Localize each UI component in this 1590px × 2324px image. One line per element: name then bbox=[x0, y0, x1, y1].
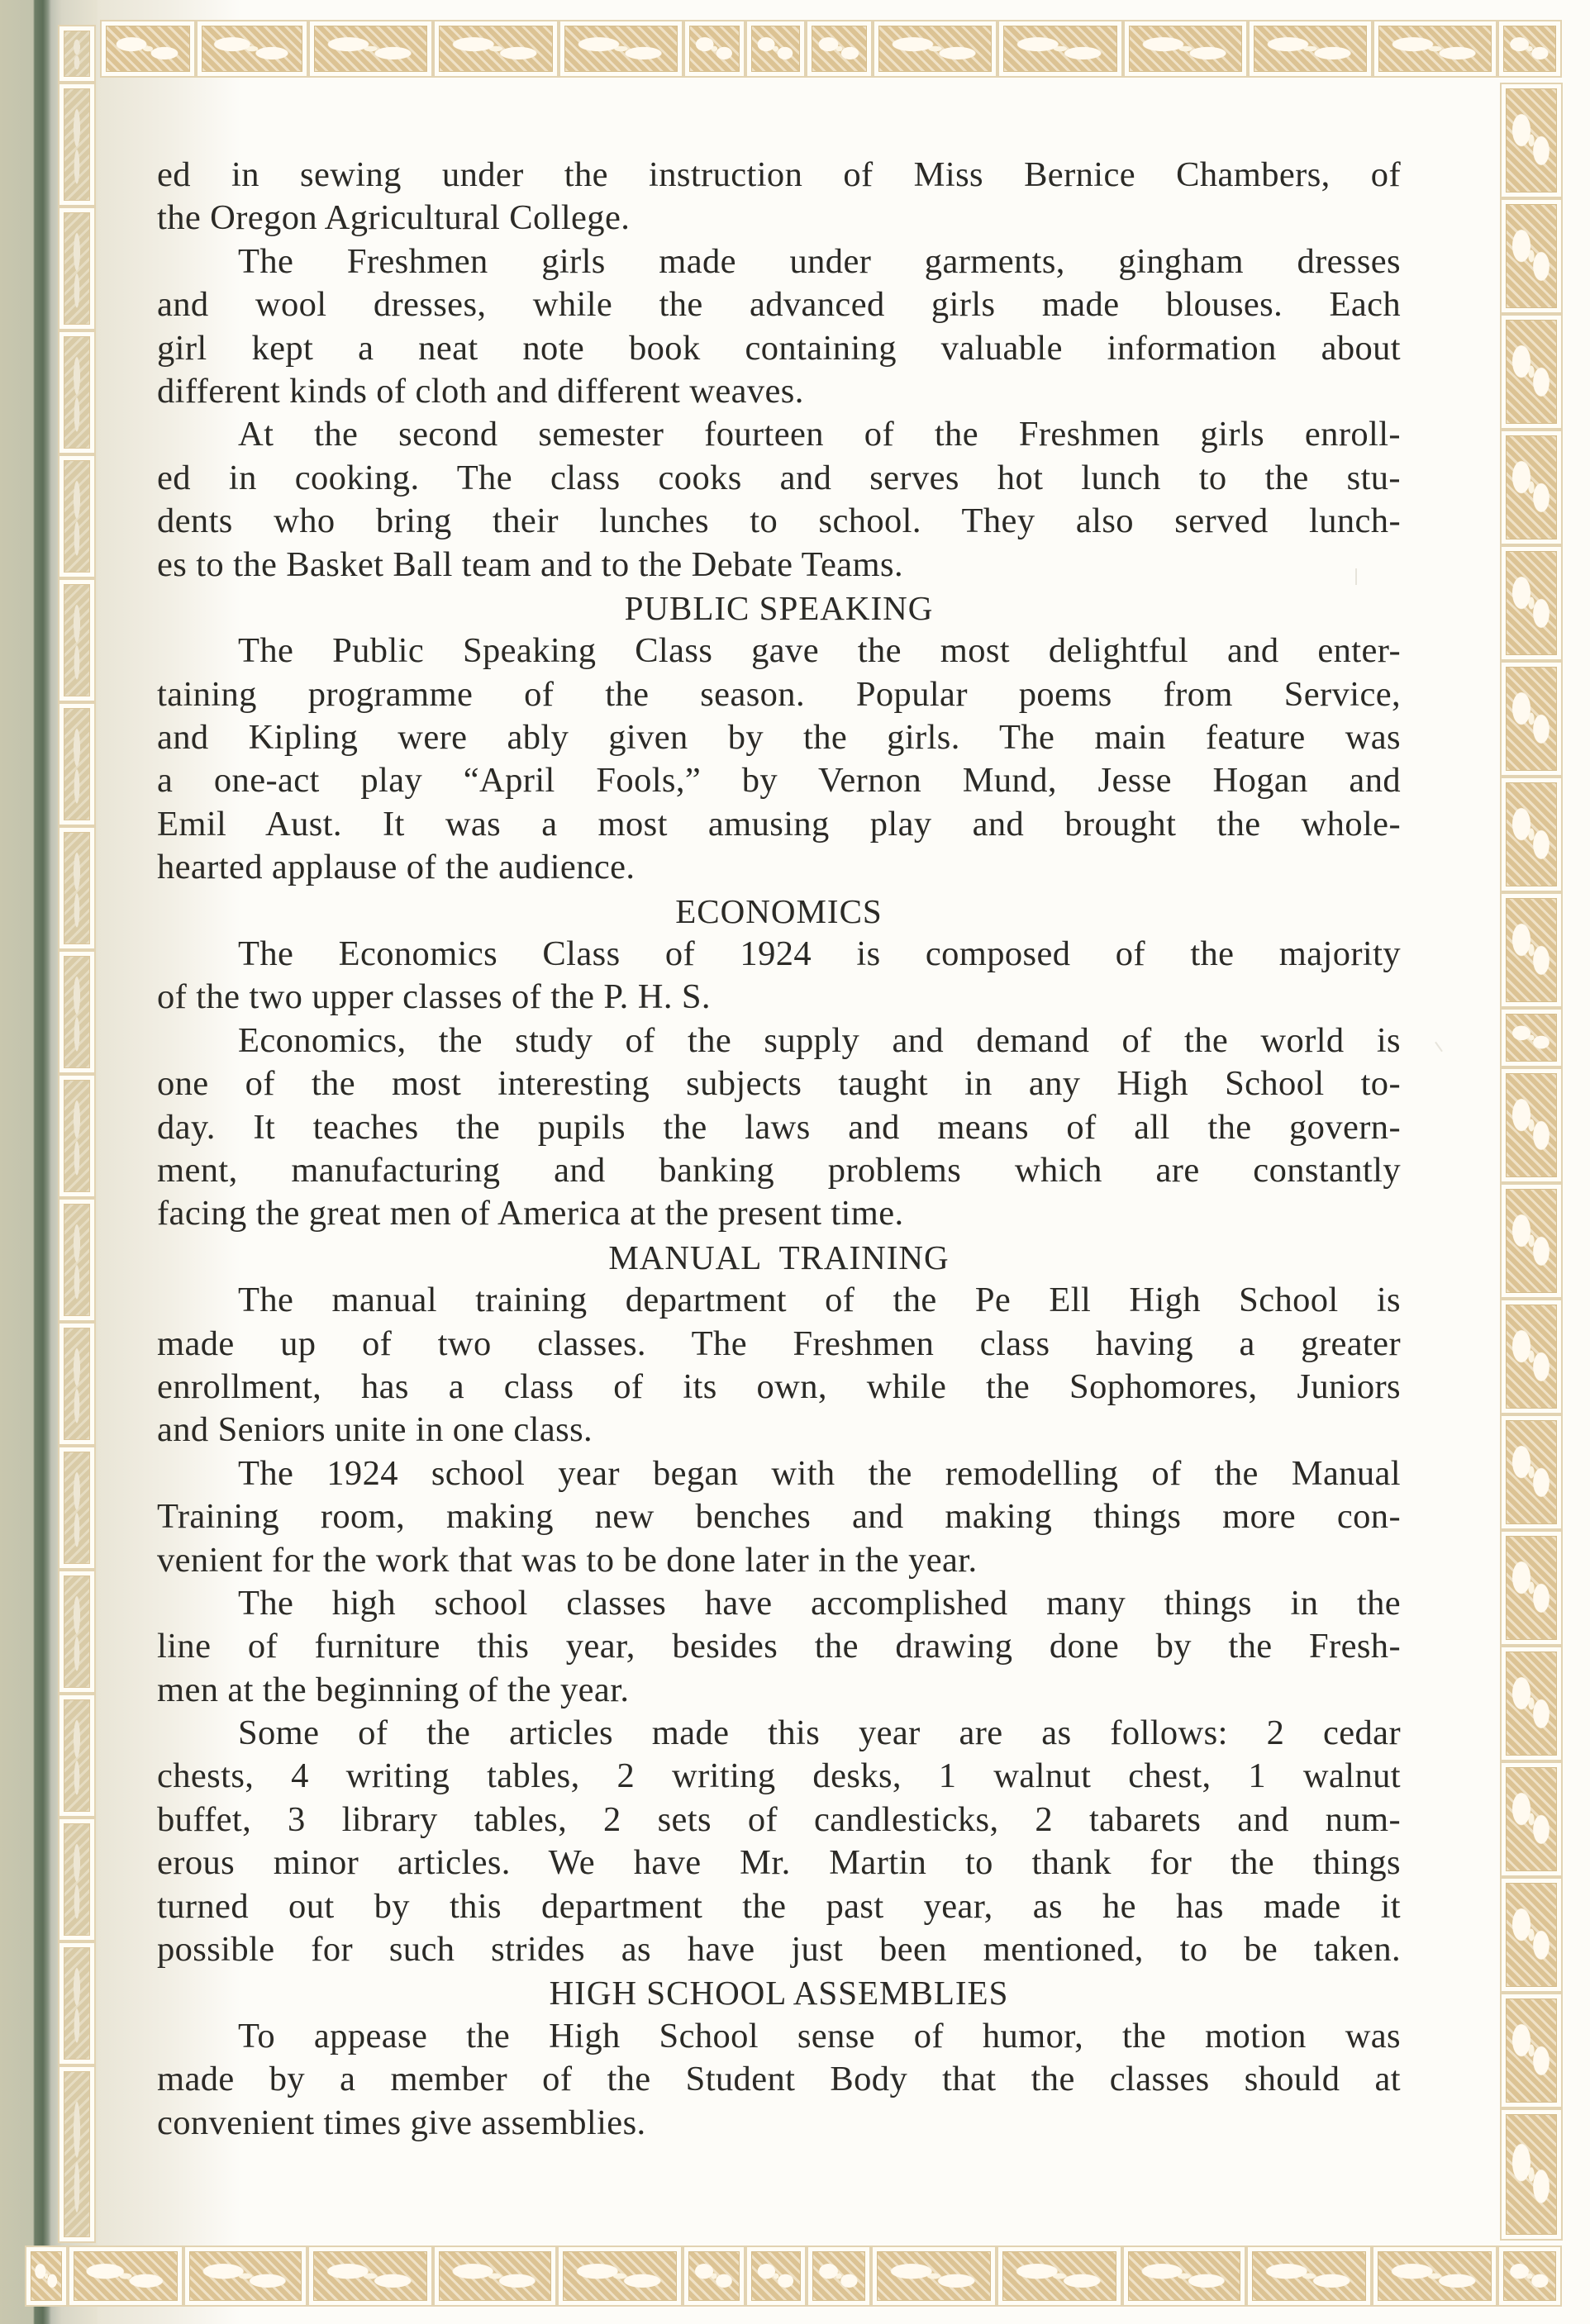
text-line: men at the beginning of the year. bbox=[157, 1669, 1401, 1712]
scrollwork-pattern-icon bbox=[688, 2251, 740, 2301]
ornament-tile-icon bbox=[58, 2065, 96, 2243]
text-line: The high school classes have accomplishe… bbox=[157, 1582, 1401, 1625]
ornament-tile-icon bbox=[1500, 1299, 1563, 1414]
text-line: ment, manufacturing and banking problems… bbox=[157, 1149, 1401, 1192]
ornament-tile-icon bbox=[58, 25, 96, 83]
text-line: possible for such strides as have just b… bbox=[157, 1928, 1401, 1971]
scrollwork-pattern-icon bbox=[1506, 1305, 1557, 1409]
ornament-tile-icon bbox=[58, 578, 96, 702]
scrollwork-pattern-icon bbox=[1128, 2251, 1240, 2301]
ornament-tile-icon bbox=[308, 20, 433, 78]
scrollwork-pattern-icon bbox=[314, 26, 427, 72]
ornament-tile-icon bbox=[745, 2246, 807, 2307]
ornament-tile-icon bbox=[1500, 1877, 1563, 1993]
ornament-tile-icon bbox=[1500, 1067, 1563, 1183]
ornament-tile-icon bbox=[58, 826, 96, 950]
text-line: girl kept a neat note book containing va… bbox=[157, 327, 1401, 370]
ornament-tile-icon bbox=[1500, 1646, 1563, 1761]
ornament-tile-icon bbox=[807, 2246, 871, 2307]
text-line: turned out by this department the past y… bbox=[157, 1885, 1401, 1928]
text-line: convenient times give assemblies. bbox=[157, 2102, 1401, 2145]
text-line: facing the great men of America at the p… bbox=[157, 1192, 1401, 1235]
scrollwork-pattern-icon bbox=[64, 832, 90, 944]
ornament-tile-icon bbox=[1500, 198, 1563, 314]
scrollwork-pattern-icon bbox=[1506, 898, 1557, 1002]
scrollwork-pattern-icon bbox=[64, 1823, 90, 1936]
ornament-tile-icon bbox=[58, 454, 96, 578]
scrollwork-pattern-icon bbox=[64, 1947, 90, 2060]
scrollwork-pattern-icon bbox=[1503, 2251, 1556, 2301]
economics-paragraphs: The Economics Class of 1924 is composed … bbox=[157, 933, 1401, 1236]
scrollwork-pattern-icon bbox=[64, 88, 90, 201]
scrollwork-pattern-icon bbox=[64, 31, 90, 77]
scrollwork-pattern-icon bbox=[1506, 88, 1557, 192]
text-line: es to the Basket Ball team and to the De… bbox=[157, 544, 1401, 587]
scrollwork-pattern-icon bbox=[1506, 1014, 1557, 1062]
text-line: The manual training department of the Pe… bbox=[157, 1279, 1401, 1322]
section-public-speaking: PUBLIC SPEAKING The Public Speaking Clas… bbox=[157, 587, 1401, 890]
ornament-tile-icon bbox=[58, 1198, 96, 1322]
scrollwork-pattern-icon bbox=[878, 26, 992, 72]
scrollwork-pattern-icon bbox=[64, 1328, 90, 1440]
scrollwork-pattern-icon bbox=[64, 460, 90, 573]
scrollwork-pattern-icon bbox=[74, 2251, 178, 2301]
ornament-tile-icon bbox=[1500, 1414, 1563, 1530]
scrollwork-pattern-icon bbox=[1254, 26, 1367, 72]
ornament-tile-icon bbox=[58, 330, 96, 454]
ornament-tile-icon bbox=[1500, 1183, 1563, 1299]
text-line: made by a member of the Student Body tha… bbox=[157, 2058, 1401, 2101]
scrollwork-pattern-icon bbox=[1506, 1767, 1557, 1871]
ornament-tile-icon bbox=[1500, 1993, 1563, 2108]
ornament-tile-icon bbox=[1500, 1008, 1563, 1067]
ornament-tile-icon bbox=[745, 20, 806, 78]
scrollwork-pattern-icon bbox=[64, 956, 90, 1068]
ornament-tile-icon bbox=[307, 2246, 433, 2307]
scrollwork-pattern-icon bbox=[1002, 2251, 1116, 2301]
section-economics: ECONOMICS The Economics Class of 1924 is… bbox=[157, 890, 1401, 1236]
ornament-tile-icon bbox=[1497, 20, 1562, 78]
scrollwork-pattern-icon bbox=[751, 26, 800, 72]
public-speaking-paragraphs: The Public Speaking Class gave the most … bbox=[157, 630, 1401, 889]
text-line: The Public Speaking Class gave the most … bbox=[157, 630, 1401, 672]
ornament-tile-icon bbox=[871, 2246, 997, 2307]
ornament-tile-icon bbox=[58, 1941, 96, 2065]
ornament-tile-icon bbox=[873, 20, 997, 78]
ornament-tile-icon bbox=[1122, 2246, 1246, 2307]
scrollwork-pattern-icon bbox=[64, 1204, 90, 1316]
scrollwork-pattern-icon bbox=[689, 26, 740, 72]
scrollwork-pattern-icon bbox=[877, 2251, 991, 2301]
section-heading-economics: ECONOMICS bbox=[157, 890, 1401, 933]
ornament-tile-icon bbox=[1123, 20, 1248, 78]
text-line: line of furniture this year, besides the… bbox=[157, 1625, 1401, 1668]
scrollwork-pattern-icon bbox=[1506, 1536, 1557, 1640]
scrollwork-pattern-icon bbox=[1129, 26, 1242, 72]
ornament-tile-icon bbox=[683, 20, 745, 78]
text-line: The 1924 school year began with the remo… bbox=[157, 1452, 1401, 1495]
ornament-tile-icon bbox=[1500, 661, 1563, 777]
ornament-tile-icon bbox=[183, 2246, 307, 2307]
text-line: ed in sewing under the instruction of Mi… bbox=[157, 154, 1401, 197]
ornament-tile-icon bbox=[997, 2246, 1122, 2307]
ornament-tile-icon bbox=[1497, 2246, 1562, 2307]
scrollwork-pattern-icon bbox=[1506, 320, 1557, 424]
scrollwork-pattern-icon bbox=[64, 584, 90, 696]
ornament-tile-icon bbox=[557, 2246, 683, 2307]
ornament-tile-icon bbox=[1248, 20, 1373, 78]
text-line: a one-act play “April Fools,” by Vernon … bbox=[157, 759, 1401, 802]
scrollwork-pattern-icon bbox=[64, 2071, 90, 2237]
text-line: and wool dresses, while the advanced gir… bbox=[157, 283, 1401, 326]
ornament-tile-icon bbox=[58, 1694, 96, 1818]
scrollwork-pattern-icon bbox=[106, 26, 190, 72]
scrollwork-pattern-icon bbox=[439, 26, 553, 72]
text-line: of the two upper classes of the P. H. S. bbox=[157, 976, 1401, 1019]
scrollwork-pattern-icon bbox=[189, 2251, 302, 2301]
text-line: and Kipling were ably given by the girls… bbox=[157, 716, 1401, 759]
scrollwork-pattern-icon bbox=[1506, 1998, 1557, 2103]
ornament-tile-icon bbox=[559, 20, 683, 78]
scrollwork-pattern-icon bbox=[1506, 1189, 1557, 1293]
text-line: chests, 4 writing tables, 2 writing desk… bbox=[157, 1755, 1401, 1798]
scrollwork-pattern-icon bbox=[439, 2251, 551, 2301]
ornament-tile-icon bbox=[25, 2246, 68, 2307]
scrollwork-pattern-icon bbox=[64, 336, 90, 449]
scrollwork-pattern-icon bbox=[1506, 551, 1557, 655]
scrollwork-pattern-icon bbox=[64, 708, 90, 820]
scrollwork-pattern-icon bbox=[1506, 1652, 1557, 1756]
ornament-tile-icon bbox=[58, 207, 96, 330]
ornament-tile-icon bbox=[1500, 2108, 1563, 2241]
ornament-tile-icon bbox=[1500, 1530, 1563, 1646]
scrollwork-pattern-icon bbox=[1252, 2251, 1366, 2301]
section-manual-training: MANUAL TRAINING The manual training depa… bbox=[157, 1236, 1401, 1972]
text-line: enrollment, has a class of its own, whil… bbox=[157, 1366, 1401, 1409]
scrollwork-pattern-icon bbox=[1506, 2114, 1557, 2235]
scrollwork-pattern-icon bbox=[202, 26, 302, 72]
text-line: To appease the High School sense of humo… bbox=[157, 2015, 1401, 2058]
scrollwork-pattern-icon bbox=[64, 1080, 90, 1192]
section-heading-high-school-assemblies: HIGH SCHOOL ASSEMBLIES bbox=[157, 1971, 1401, 2014]
ornament-tile-icon bbox=[806, 20, 873, 78]
text-line: different kinds of cloth and different w… bbox=[157, 370, 1401, 413]
text-line: one of the most interesting subjects tau… bbox=[157, 1062, 1401, 1105]
section-heading-public-speaking: PUBLIC SPEAKING bbox=[157, 587, 1401, 630]
text-line: At the second semester fourteen of the F… bbox=[157, 413, 1401, 456]
ornament-tile-icon bbox=[100, 20, 196, 78]
ornament-tile-icon bbox=[1500, 1761, 1563, 1877]
text-line: The Economics Class of 1924 is composed … bbox=[157, 933, 1401, 976]
scrollwork-pattern-icon bbox=[1003, 26, 1117, 72]
ornament-tile-icon bbox=[1500, 777, 1563, 892]
scrollwork-pattern-icon bbox=[1506, 435, 1557, 539]
text-line: taining programme of the season. Popular… bbox=[157, 673, 1401, 716]
ornament-tile-icon bbox=[58, 1322, 96, 1446]
ornament-tile-icon bbox=[58, 1570, 96, 1694]
text-line: made up of two classes. The Freshmen cla… bbox=[157, 1323, 1401, 1366]
ornament-tile-icon bbox=[1500, 83, 1563, 198]
ornament-tile-icon bbox=[997, 20, 1123, 78]
text-line: the Oregon Agricultural College. bbox=[157, 197, 1401, 240]
document-body: ed in sewing under the instruction of Mi… bbox=[157, 154, 1401, 2145]
scrollwork-pattern-icon bbox=[1506, 1073, 1557, 1177]
ornament-tile-icon bbox=[58, 83, 96, 207]
text-line: buffet, 3 library tables, 2 sets of cand… bbox=[157, 1799, 1401, 1842]
text-line: Emil Aust. It was a most amusing play an… bbox=[157, 803, 1401, 846]
text-line: Some of the articles made this year are … bbox=[157, 1712, 1401, 1755]
ornament-tile-icon bbox=[1500, 314, 1563, 430]
text-line: hearted applause of the audience. bbox=[157, 846, 1401, 889]
scrollwork-pattern-icon bbox=[1506, 1420, 1557, 1524]
ornament-tile-icon bbox=[58, 1818, 96, 1941]
section-intro-sewing-cooking: ed in sewing under the instruction of Mi… bbox=[157, 154, 1401, 587]
section-heading-manual-training: MANUAL TRAINING bbox=[157, 1236, 1401, 1279]
text-line: dents who bring their lunches to school.… bbox=[157, 500, 1401, 543]
scrollwork-pattern-icon bbox=[313, 2251, 427, 2301]
scrollwork-pattern-icon bbox=[31, 2251, 62, 2301]
scrollwork-pattern-icon bbox=[1503, 26, 1556, 72]
scrollwork-pattern-icon bbox=[1506, 204, 1557, 308]
ornament-tile-icon bbox=[58, 1446, 96, 1570]
text-line: ed in cooking. The class cooks and serve… bbox=[157, 457, 1401, 500]
ornament-tile-icon bbox=[68, 2246, 183, 2307]
scrollwork-pattern-icon bbox=[1506, 1883, 1557, 1987]
scrollwork-pattern-icon bbox=[1506, 667, 1557, 771]
ornament-tile-icon bbox=[433, 20, 559, 78]
scrollwork-pattern-icon bbox=[812, 26, 867, 72]
scrollwork-pattern-icon bbox=[751, 2251, 801, 2301]
scrollwork-pattern-icon bbox=[64, 212, 90, 325]
manual-training-paragraphs: The manual training department of the Pe… bbox=[157, 1279, 1401, 1971]
ornament-tile-icon bbox=[58, 1074, 96, 1198]
ornament-tile-icon bbox=[683, 2246, 745, 2307]
ornament-tile-icon bbox=[1500, 545, 1563, 661]
ornament-tile-icon bbox=[1372, 2246, 1497, 2307]
ornament-tile-icon bbox=[1500, 892, 1563, 1008]
text-line: venient for the work that was to be done… bbox=[157, 1539, 1401, 1582]
text-line: erous minor articles. We have Mr. Martin… bbox=[157, 1842, 1401, 1884]
text-line: day. It teaches the pupils the laws and … bbox=[157, 1106, 1401, 1149]
scrollwork-pattern-icon bbox=[64, 1699, 90, 1812]
scrollwork-pattern-icon bbox=[563, 2251, 677, 2301]
text-line: and Seniors unite in one class. bbox=[157, 1409, 1401, 1452]
text-line: The Freshmen girls made under garments, … bbox=[157, 240, 1401, 283]
scrollwork-pattern-icon bbox=[1378, 26, 1492, 72]
ornament-tile-icon bbox=[58, 950, 96, 1074]
ornament-tile-icon bbox=[58, 702, 96, 826]
ornament-tile-icon bbox=[1373, 20, 1497, 78]
scrollwork-pattern-icon bbox=[1506, 782, 1557, 886]
scrollwork-pattern-icon bbox=[64, 1452, 90, 1564]
scrollwork-pattern-icon bbox=[1378, 2251, 1492, 2301]
text-line: Training room, making new benches and ma… bbox=[157, 1495, 1401, 1538]
assemblies-paragraphs: To appease the High School sense of humo… bbox=[157, 2015, 1401, 2145]
scrollwork-pattern-icon bbox=[64, 1575, 90, 1688]
ornament-tile-icon bbox=[1246, 2246, 1372, 2307]
text-line: Economics, the study of the supply and d… bbox=[157, 1019, 1401, 1062]
ornament-tile-icon bbox=[196, 20, 308, 78]
ornament-tile-icon bbox=[433, 2246, 557, 2307]
scrollwork-pattern-icon bbox=[564, 26, 678, 72]
scrollwork-pattern-icon bbox=[812, 2251, 865, 2301]
section-high-school-assemblies: HIGH SCHOOL ASSEMBLIES To appease the Hi… bbox=[157, 1971, 1401, 2145]
paper-blemish bbox=[1435, 1042, 1443, 1053]
ornament-tile-icon bbox=[1500, 430, 1563, 545]
